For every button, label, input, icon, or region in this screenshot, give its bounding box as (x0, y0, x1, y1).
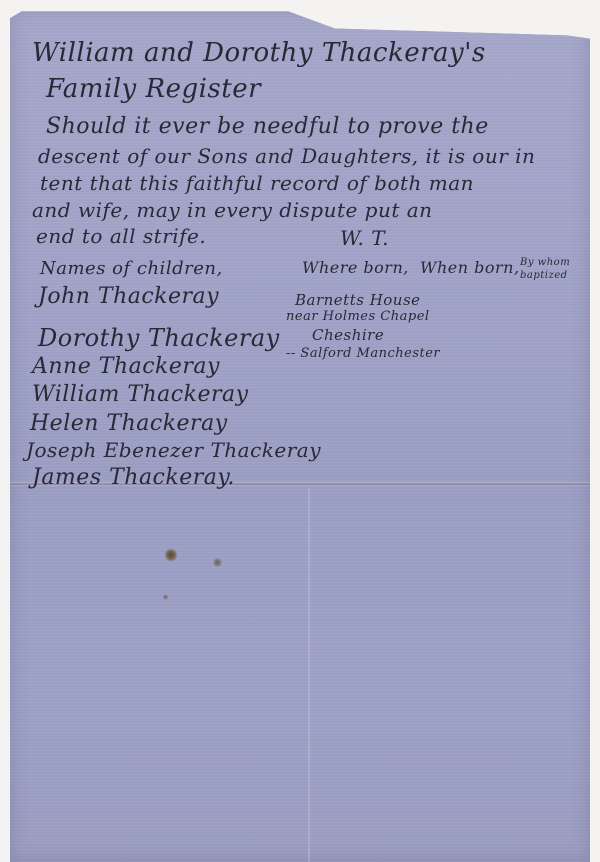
vertical-fold-crease (308, 488, 310, 862)
register-title-line-2: Family Register (46, 74, 261, 104)
header-by-whom-baptized: By whom baptized (520, 256, 590, 282)
preamble-line-3: tent that this faithful record of both m… (40, 171, 474, 195)
child-name-row-7: James Thackeray. (32, 465, 235, 490)
child-name-row-6: Joseph Ebenezer Thackeray (26, 438, 321, 462)
ink-stain (163, 594, 168, 600)
preamble-line-4: and wife, may in every dispute put an (32, 198, 433, 222)
birthplace-row-1-line-1: Barnetts House (295, 291, 421, 309)
header-names-of-children: Names of children, (40, 258, 223, 279)
header-where-born: Where born, (302, 258, 409, 277)
document-page: William and Dorothy Thackeray's Family R… (10, 8, 590, 862)
ink-stain (165, 548, 177, 562)
child-name-row-2: Dorothy Thackeray (38, 324, 280, 352)
ink-stain (213, 558, 222, 567)
header-when-born: When born, (420, 258, 520, 277)
preamble-line-5: end to all strife. (36, 224, 206, 248)
birthplace-row-2-line-1: Cheshire (312, 326, 384, 344)
child-name-row-5: Helen Thackeray (30, 411, 228, 436)
preamble-line-2: descent of our Sons and Daughters, it is… (38, 144, 535, 168)
child-name-row-1: John Thackeray (38, 284, 219, 309)
child-name-row-4: William Thackeray (32, 382, 249, 407)
birthplace-row-1-line-2: near Holmes Chapel (286, 309, 430, 324)
child-name-row-3: Anne Thackeray (32, 354, 220, 379)
preamble-line-1: Should it ever be needful to prove the (46, 114, 489, 139)
birthplace-row-2-line-2: -- Salford Manchester (286, 346, 440, 361)
register-title-line-1: William and Dorothy Thackeray's (32, 38, 486, 68)
signature-initials: W. T. (340, 226, 389, 250)
lower-fold-crease (10, 737, 590, 739)
